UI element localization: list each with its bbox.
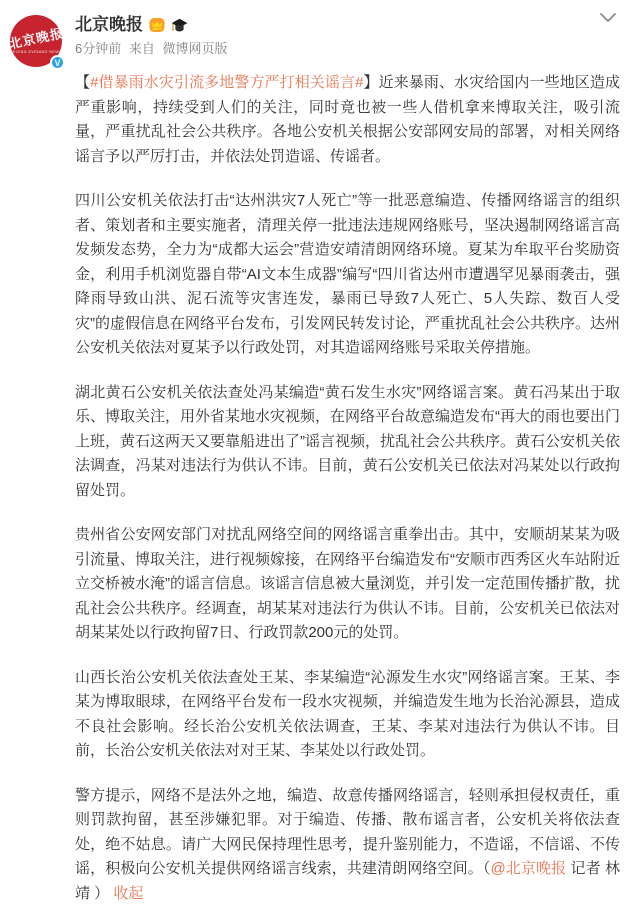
header-main: 北京晚报 6分 — [75, 14, 609, 56]
text-segment: 四川公安机关依法打击“达州洪灾7人死亡”等一批恶意编造、传播网络谣言的组织者、策… — [75, 192, 620, 356]
avatar-subtext: BEIJING EVENING NEWS — [10, 49, 62, 54]
post-time[interactable]: 6分钟前 — [75, 41, 121, 56]
post-header: 北京晚报 BEIJING EVENING NEWS V 北京晚报 — [0, 0, 629, 67]
post-source[interactable]: 微博网页版 — [163, 41, 228, 56]
vip-crown-icon — [149, 17, 165, 33]
text-segment: 【 — [75, 74, 90, 91]
post-paragraph: 【#借暴雨水灾引流多地警方严打相关谣言#】近来暴雨、水灾给国内一些地区造成严重影… — [75, 71, 620, 169]
name-row: 北京晚报 — [75, 14, 609, 36]
post-paragraph: 山西长治公安机关依法查处王某、李某编造“沁源发生水灾”网络谣言案。王某、李某为博… — [75, 666, 620, 764]
text-segment: 山西长治公安机关依法查处王某、李某编造“沁源发生水灾”网络谣言案。王某、李某为博… — [75, 669, 620, 760]
avatar-calligraphy: 北京晚报 — [10, 22, 62, 52]
mention-link[interactable]: @北京晚报 — [490, 860, 566, 877]
verified-badge-icon: V — [50, 55, 65, 70]
post-paragraph: 贵州省公安网安部门对扰乱网络空间的网络谣言重拳出击。其中，安顺胡某某为吸引流量、… — [75, 523, 620, 646]
post-text: 【#借暴雨水灾引流多地警方严打相关谣言#】近来暴雨、水灾给国内一些地区造成严重影… — [0, 67, 629, 906]
hashtag-link[interactable]: #借暴雨水灾引流多地警方严打相关谣言# — [90, 74, 363, 91]
graduation-cap-icon — [171, 18, 188, 33]
collapse-link[interactable]: 收起 — [113, 885, 143, 902]
text-segment: 贵州省公安网安部门对扰乱网络空间的网络谣言重拳出击。其中，安顺胡某某为吸引流量、… — [75, 526, 620, 641]
source-prefix: 来自 — [129, 41, 155, 56]
chevron-down-icon[interactable] — [598, 11, 618, 24]
post-paragraph: 湖北黄石公安机关依法查处冯某编造“黄石发生水灾”网络谣言案。黄石冯某出于取乐、博… — [75, 381, 620, 504]
avatar[interactable]: 北京晚报 BEIJING EVENING NEWS V — [10, 15, 62, 67]
post-meta: 6分钟前 来自 微博网页版 — [75, 42, 609, 56]
post-paragraph: 四川公安机关依法打击“达州洪灾7人死亡”等一批恶意编造、传播网络谣言的组织者、策… — [75, 189, 620, 361]
text-segment: 湖北黄石公安机关依法查处冯某编造“黄石发生水灾”网络谣言案。黄石冯某出于取乐、博… — [75, 384, 620, 499]
post-paragraph: 警方提示，网络不是法外之地，编造、故意传播网络谣言，轻则承担侵权责任，重则罚款拘… — [75, 784, 620, 907]
weibo-post-card: 北京晚报 BEIJING EVENING NEWS V 北京晚报 — [0, 0, 629, 910]
account-name[interactable]: 北京晚报 — [75, 14, 143, 36]
